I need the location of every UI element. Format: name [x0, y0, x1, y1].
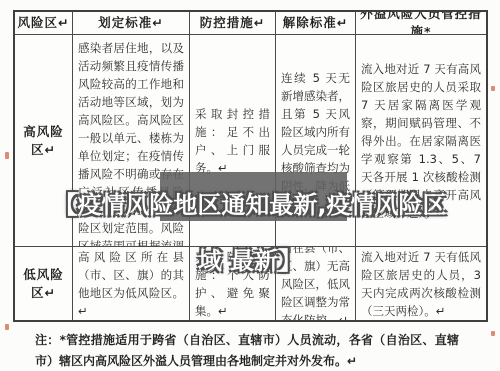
- scan-artifact: [491, 86, 495, 91]
- scan-artifact: [5, 324, 9, 330]
- table-footnote: 注：*管控措施适用于跨省（自治区、直辖市）人员流动，各省（自治区、直辖市）辖区内…: [35, 330, 459, 371]
- header-risk-zone: 风险区↵: [15, 12, 73, 35]
- watermark-line2: 域 最新】: [198, 247, 302, 275]
- header-spillover-measures: 外溢风险人员管控措施*: [356, 12, 486, 35]
- scanned-document-page: 风险区↵ 划定标准↵ 防控措施↵ 解除标准↵ 外溢风险人员管控措施* 高风险区↵…: [0, 0, 500, 371]
- watermark-text: 【疫情风险地区通知最新,疫情风险区 域 最新】: [0, 163, 500, 275]
- scan-artifact: [5, 152, 9, 159]
- watermark-line1: 【疫情风险地区通知最新,疫情风险区: [53, 191, 446, 219]
- scan-artifact: [491, 331, 495, 336]
- header-control-measures: 防控措施↵: [190, 12, 276, 35]
- header-release-criteria: 解除标准↵: [276, 12, 356, 35]
- header-designation-criteria: 划定标准↵: [73, 12, 190, 35]
